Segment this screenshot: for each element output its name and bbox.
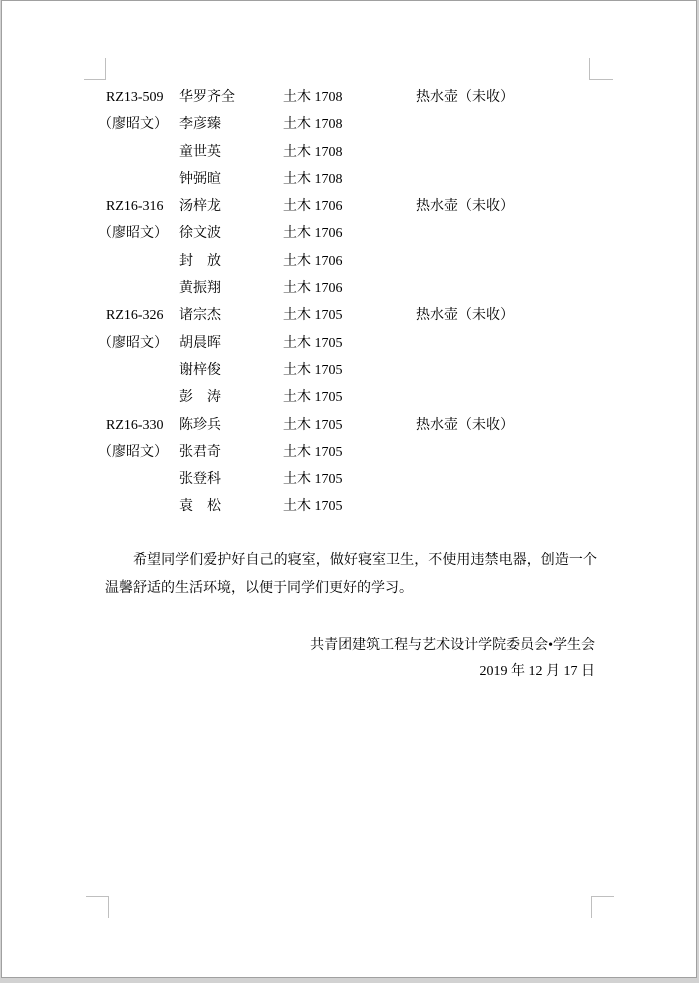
- inspection-row: 黄振翔土木 1706: [105, 275, 597, 302]
- uncollected-item: 热水壶（未收）: [416, 412, 514, 439]
- student-name: 胡晨晖: [179, 330, 221, 357]
- student-name: 彭 涛: [179, 384, 221, 411]
- student-name: 陈珍兵: [179, 412, 221, 439]
- class-label: 土木 1706: [283, 248, 343, 275]
- signature-block: 共青团建筑工程与艺术设计学院委员会•学生会 2019 年 12 月 17 日: [105, 633, 595, 685]
- class-label: 土木 1705: [283, 466, 343, 493]
- inspection-row: 封 放土木 1706: [105, 248, 597, 275]
- inspection-row: RZ16-326诸宗杰土木 1705热水壶（未收）: [105, 302, 597, 329]
- student-name: 诸宗杰: [179, 302, 221, 329]
- inspection-row: RZ16-330陈珍兵土木 1705热水壶（未收）: [105, 412, 597, 439]
- class-label: 土木 1705: [283, 384, 343, 411]
- uncollected-item: 热水壶（未收）: [416, 84, 514, 111]
- student-name: 封 放: [179, 248, 221, 275]
- inspection-row: 张登科土木 1705: [105, 466, 597, 493]
- class-label: 土木 1705: [283, 412, 343, 439]
- inspection-row: 袁 松土木 1705: [105, 493, 597, 520]
- class-label: 土木 1705: [283, 302, 343, 329]
- document-page: RZ13-509华罗齐全土木 1708热水壶（未收）（廖昭文）李彦臻土木 170…: [1, 0, 697, 978]
- inspection-row: （廖昭文）张君奇土木 1705: [105, 439, 597, 466]
- inspector-name: （廖昭文）: [98, 111, 168, 138]
- inspection-row: RZ16-316汤梓龙土木 1706热水壶（未收）: [105, 193, 597, 220]
- class-label: 土木 1706: [283, 220, 343, 247]
- student-name: 童世英: [179, 139, 221, 166]
- closing-paragraph: 希望同学们爱护好自己的寝室，做好寝室卫生，不使用违禁电器，创造一个温馨舒适的生活…: [105, 547, 597, 602]
- student-name: 张君奇: [179, 439, 221, 466]
- crop-mark-top-right-icon: [589, 58, 613, 80]
- inspector-name: （廖昭文）: [98, 330, 168, 357]
- inspection-row: 彭 涛土木 1705: [105, 384, 597, 411]
- class-label: 土木 1708: [283, 84, 343, 111]
- class-label: 土木 1706: [283, 275, 343, 302]
- uncollected-item: 热水壶（未收）: [416, 302, 514, 329]
- inspector-name: （廖昭文）: [98, 220, 168, 247]
- student-name: 徐文波: [179, 220, 221, 247]
- class-label: 土木 1708: [283, 166, 343, 193]
- class-label: 土木 1708: [283, 111, 343, 138]
- signature-line: 共青团建筑工程与艺术设计学院委员会•学生会: [105, 633, 595, 659]
- inspection-row: （廖昭文）胡晨晖土木 1705: [105, 330, 597, 357]
- room-code: RZ16-316: [106, 193, 164, 220]
- inspection-row: 童世英土木 1708: [105, 139, 597, 166]
- class-label: 土木 1705: [283, 330, 343, 357]
- room-code: RZ16-326: [106, 302, 164, 329]
- inspection-row: RZ13-509华罗齐全土木 1708热水壶（未收）: [105, 84, 597, 111]
- class-label: 土木 1705: [283, 439, 343, 466]
- inspection-row: 谢梓俊土木 1705: [105, 357, 597, 384]
- class-label: 土木 1708: [283, 139, 343, 166]
- inspection-row: （廖昭文）李彦臻土木 1708: [105, 111, 597, 138]
- date-line: 2019 年 12 月 17 日: [105, 659, 595, 685]
- student-name: 华罗齐全: [179, 84, 235, 111]
- student-name: 张登科: [179, 466, 221, 493]
- crop-mark-top-left-icon: [84, 58, 106, 80]
- room-code: RZ16-330: [106, 412, 164, 439]
- room-code: RZ13-509: [106, 84, 164, 111]
- crop-mark-bottom-left-icon: [86, 896, 109, 918]
- class-label: 土木 1705: [283, 357, 343, 384]
- inspection-row: 钟弼暄土木 1708: [105, 166, 597, 193]
- inspector-name: （廖昭文）: [98, 439, 168, 466]
- class-label: 土木 1705: [283, 493, 343, 520]
- inspection-row: （廖昭文）徐文波土木 1706: [105, 220, 597, 247]
- student-name: 黄振翔: [179, 275, 221, 302]
- student-name: 汤梓龙: [179, 193, 221, 220]
- student-name: 谢梓俊: [179, 357, 221, 384]
- student-name: 李彦臻: [179, 111, 221, 138]
- uncollected-item: 热水壶（未收）: [416, 193, 514, 220]
- student-name: 钟弼暄: [179, 166, 221, 193]
- student-name: 袁 松: [179, 493, 221, 520]
- class-label: 土木 1706: [283, 193, 343, 220]
- crop-mark-bottom-right-icon: [591, 896, 614, 918]
- inspection-table: RZ13-509华罗齐全土木 1708热水壶（未收）（廖昭文）李彦臻土木 170…: [105, 84, 597, 521]
